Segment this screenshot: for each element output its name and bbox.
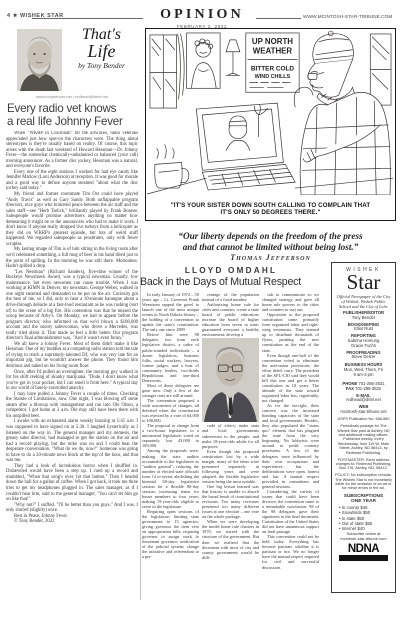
- article-paragraph: "Why not?" I sniffed. "I'll be better th…: [6, 503, 138, 514]
- article-paragraph: The convention proposed a wide assortmen…: [142, 398, 199, 423]
- ndna-logo-bar: [339, 555, 388, 561]
- tony-bender-photo: [17, 29, 62, 91]
- article-paragraph: cult to communicate so we changed strate…: [262, 292, 319, 312]
- poster-text-wind-chills: WIND CHILLS: [255, 74, 291, 80]
- article-paragraph: We all knew a Johnny Fever. Most of them…: [6, 342, 138, 370]
- thats-life-article-body: When "WKRP in Cincinnati" hit the airwav…: [6, 131, 138, 615]
- article-paragraph: When we were developing the model home r…: [202, 519, 259, 559]
- article-paragraph: centage of the population instead of a f…: [202, 292, 259, 302]
- headline-line2: a real life Johnny Fever: [7, 115, 140, 128]
- cartoon-caption-line1: "IT'S YOUR SISTER DOWN SOUTH CALLING TO …: [148, 202, 393, 210]
- poster-text-weather: WEATHER: [253, 47, 293, 56]
- article-paragraph: code of ethics; make state and local gov…: [202, 423, 259, 448]
- subscribe-note-line2: mcintosh-star-tribune.com: [335, 537, 392, 542]
- omdahl-column-2-top: centage of the population instead of a f…: [202, 292, 259, 337]
- article-paragraph: Opposition to the proposed constitution …: [262, 312, 319, 352]
- postmaster-notice: POSTMASTER: Send address changes to: Red…: [335, 458, 392, 471]
- article-paragraph: In early January of 1972 – 50 years ago …: [142, 292, 199, 332]
- cartoon-caption: "IT'S YOUR SISTER DOWN SOUTH CALLING TO …: [148, 202, 393, 217]
- article-paragraph: When "WKRP in Cincinnati" hit the airwav…: [6, 131, 138, 170]
- poster-text-up-north: UP NORTH: [252, 37, 293, 46]
- pull-quote: “Our liberty depends on the freedom of t…: [145, 231, 396, 264]
- staff-name: Tony Bender: [335, 316, 392, 321]
- thats-life-byline: by Tony Bender: [63, 61, 140, 70]
- headline-line1: Every radio vet knows: [7, 102, 140, 115]
- lloyd-omdahl-photo: [202, 338, 259, 422]
- staff-name: Gracie Fuchs: [335, 344, 392, 349]
- article-paragraph: They had a look of incredulous horror wh…: [6, 464, 138, 503]
- article-paragraph: My friend and former roommate Tim Ost co…: [6, 192, 138, 247]
- article-paragraph: My lasting image of Tim is of him sittin…: [6, 247, 138, 269]
- email-address: redhead@drtel.net: [335, 398, 392, 403]
- usps-number: USPS Publication No. 686-880: [335, 417, 392, 421]
- cartoon-drawing: UP NORTH WEATHER BITTER COLD WIND CHILLS: [147, 30, 393, 195]
- header-rule-left: [32, 18, 143, 19]
- article-paragraph: Most of these delegates are gone now. On…: [142, 383, 199, 398]
- website-url: WWW.MCINTOSH-STAR-TRIBUNE.COM: [303, 15, 392, 20]
- thats-life-title-line2: Life: [63, 43, 140, 60]
- omdahl-column-3: cult to communicate so we changed strate…: [262, 292, 319, 606]
- subscription-rates-list: • In county $45• Snowbirds $50• In state…: [335, 505, 392, 531]
- fax-label: FAX: [346, 386, 354, 391]
- policy-notice: POLICY: No subscription refunds. The Wis…: [335, 473, 392, 491]
- subscriptions-title-line2: ONE YEAR: [335, 499, 392, 504]
- article-paragraph: Even though the proposed constitution lo…: [202, 449, 259, 484]
- thats-life-headline: Every radio vet knows a real life Johnny…: [7, 102, 140, 129]
- web-address: mcintosh-star-tribune.net: [335, 410, 392, 415]
- article-paragraph: "Les Nessman" (Richard Sanders), five-ti…: [6, 270, 138, 342]
- fax-line: FAX 701-286-3532: [335, 386, 392, 391]
- header-rule-right: [256, 18, 301, 19]
- ndna-logo-text: NDNA: [335, 544, 392, 554]
- masthead-box: WISHEK Star Official Newspaper of the Ci…: [331, 262, 396, 593]
- newspaper-opinion-page: 4 ★ WISHEK STAR OPINION FEBRUARY 2, 2022…: [0, 0, 400, 618]
- cartoon-caption-line2: IT'S ONLY 50 DEGREES THERE.": [148, 209, 393, 217]
- author-contact-line: www.tonybender.net | redhead@drtel.net: [4, 94, 140, 99]
- poster-text-bitter-cold: BITTER COLD: [251, 66, 294, 73]
- article-paragraph: Considering the variety of issues that c…: [262, 489, 319, 534]
- omdahl-headline: Back in the Days of Mutual Respect: [140, 276, 322, 288]
- omdahl-column-1: In early January of 1972 – 50 years ago …: [142, 292, 199, 606]
- fax-number: 701-286-3532: [355, 386, 381, 391]
- business-hours-time: 9 am-3 pm: [335, 373, 392, 378]
- staff-name: Elliot Rust: [335, 327, 392, 332]
- article-paragraph: This convention could not be held today.…: [262, 534, 319, 569]
- article-paragraph: Every one of the eight stations I worked…: [6, 170, 138, 192]
- section-title: OPINION: [148, 7, 256, 23]
- article-paragraph: Even though one-half of the convention v…: [262, 353, 319, 403]
- omdahl-column-2-bottom: code of ethics; make state and local gov…: [202, 423, 259, 559]
- article-paragraph: Once, after I'd pulled an overnighter, t…: [6, 370, 138, 392]
- quote-line1: “Our liberty depends on the freedom of t…: [145, 231, 396, 242]
- article-paragraph: Among the proposals were: making the sta…: [142, 448, 199, 509]
- omdahl-byline: LLOYD OMDAHL: [140, 266, 322, 275]
- article-paragraph: I may have pulled a Johnny Fever a coupl…: [6, 392, 138, 420]
- subscribe-note: Subscribe online at mcintosh-star-tribun…: [335, 532, 392, 541]
- article-paragraph: The proposal to change from a two-house …: [142, 423, 199, 448]
- article-paragraph: Authorizing home rule for cities and cou…: [202, 302, 259, 337]
- article-paragraph: Requiring open sessions of the legislatu…: [142, 509, 199, 559]
- editorial-cartoon: UP NORTH WEATHER BITTER COLD WIND CHILLS…: [145, 28, 396, 221]
- article-paragraph: One big lesson learned was that history …: [202, 484, 259, 519]
- quote-line2: and that cannot be limited without being…: [145, 242, 396, 253]
- article-paragraph: Before him were 98 delegates, two from e…: [142, 332, 199, 382]
- staff-name: Steve Delzer: [335, 355, 392, 360]
- article-paragraph: © Tony Bender, 2022: [6, 519, 138, 525]
- omdahl-column-2: centage of the population instead of a f…: [202, 292, 259, 606]
- thats-life-masthead: That's Life by Tony Bender: [63, 27, 140, 70]
- masthead-official-text: Official Newspaper of the City of Wishek…: [335, 294, 392, 309]
- ndna-logo: NDNA: [335, 544, 392, 561]
- periodicals-notice: Periodicals postage for The Wishek Star …: [335, 424, 392, 455]
- article-paragraph: As for the far-right, their concern was …: [262, 403, 319, 489]
- article-paragraph: I awoke with an exhausted alarm weakly b…: [6, 419, 138, 463]
- masthead-paper-name: Star: [335, 273, 392, 292]
- subscriptions-title: SUBSCRIPTIONS ONE YEAR: [335, 494, 392, 504]
